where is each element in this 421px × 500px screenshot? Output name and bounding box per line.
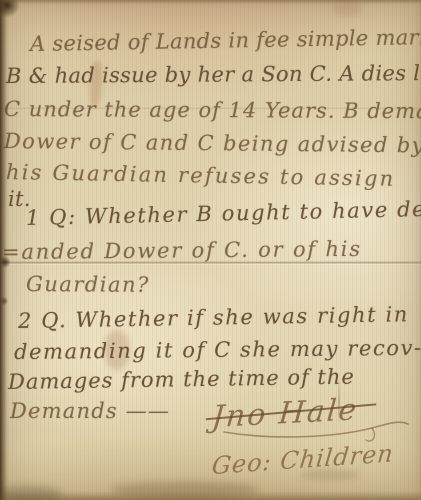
question2-line-3: Damages from the time of the: [8, 365, 355, 394]
question2-line-1: 2 Q. Whether if she was right in: [18, 302, 409, 333]
body-line-3: C under the age of 14 Years. B demands: [4, 97, 421, 123]
body-line-5: his Guardian refuses to assign: [6, 160, 396, 191]
paper-edge-left: [0, 0, 8, 500]
body-line-4: Dower of C and C being advised by: [4, 129, 421, 157]
body-line-1: A seised of Lands in fee simple marries: [30, 24, 421, 56]
paper-edge-bottom: [0, 491, 421, 500]
question1-line-1: 1 Q: Whether B ought to have dem=: [26, 196, 421, 230]
question1-line-2: =anded Dower of C. or of his: [2, 237, 362, 264]
manuscript-scan: A seised of Lands in fee simple marries …: [0, 0, 421, 500]
question2-line-2: demanding it of C she may recov-: [14, 336, 421, 364]
edge-dark-spot: [0, 296, 8, 306]
paper-edge-top: [0, 0, 421, 4]
question2-line-4: Demands ——: [10, 399, 170, 423]
edge-dark-spot: [0, 255, 10, 269]
question1-line-3: Guardian?: [26, 272, 150, 297]
body-line-2: B & had issue by her a Son C. A dies lea…: [6, 61, 421, 88]
